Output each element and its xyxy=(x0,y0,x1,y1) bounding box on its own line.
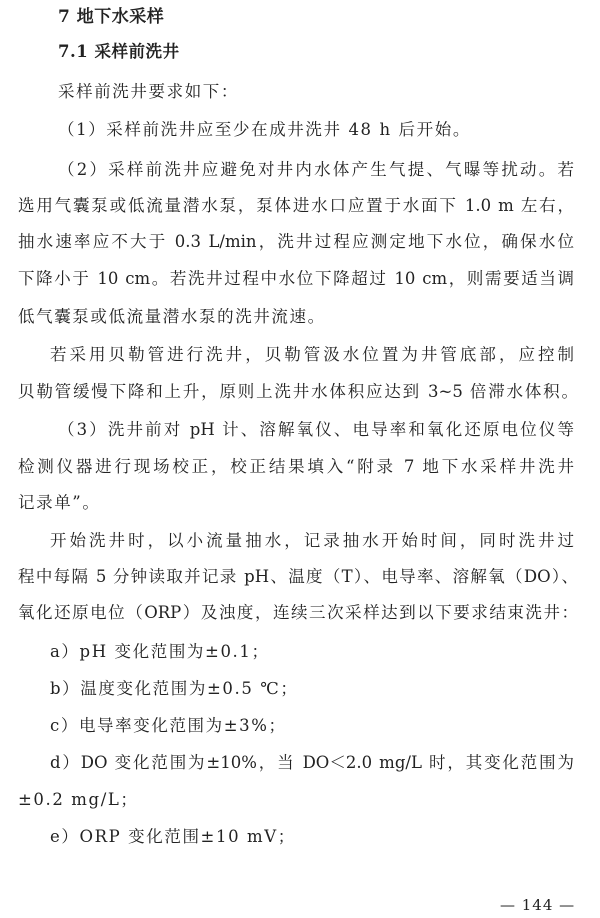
paragraph-line: （1）采样前洗井应至少在成井洗井 48 h 后开始。 xyxy=(58,119,471,141)
paragraph-line: 贝勒管缓慢下降和上升，原则上洗井水体积应达到 3~5 倍滞水体积。 xyxy=(18,381,578,403)
paragraph-line: （3）洗井前对 pH 计、溶解氧仪、电导率和氧化还原电位仪等 xyxy=(58,419,574,441)
criteria-item: b）温度变化范围为±0.5 ℃； xyxy=(50,678,298,700)
paragraph-line: 下降小于 10 cm。若洗井过程中水位下降超过 10 cm，则需要适当调 xyxy=(18,268,574,290)
paragraph-line: 采样前洗井要求如下： xyxy=(58,81,239,103)
criteria-item: c）电导率变化范围为±3%； xyxy=(50,715,287,737)
paragraph-line: 选用气囊泵或低流量潜水泵，泵体进水口应置于水面下 1.0 m 左右， xyxy=(18,195,574,217)
chapter-title: 7 地下水采样 xyxy=(58,6,164,28)
section-title: 7.1 采样前洗井 xyxy=(58,41,179,63)
paragraph-line: 记录单”。 xyxy=(18,492,100,514)
paragraph-line: 低气囊泵或低流量潜水泵的洗井流速。 xyxy=(18,306,326,328)
paragraph-line: （2）采样前洗井应避免对井内水体产生气提、气曝等扰动。若 xyxy=(58,159,574,181)
paragraph-line: 程中每隔 5 分钟读取并记录 pH、温度（T）、电导率、溶解氧（DO）、 xyxy=(18,566,578,588)
criteria-item: ±0.2 mg/L； xyxy=(18,789,139,811)
criteria-item: a）pH 变化范围为±0.1； xyxy=(50,641,270,663)
paragraph-line: 氧化还原电位（ORP）及浊度，连续三次采样达到以下要求结束洗井： xyxy=(18,602,578,624)
page-number: — 144 — xyxy=(500,896,575,914)
paragraph-line: 抽水速率应不大于 0.3 L/min，洗井过程应测定地下水位，确保水位 xyxy=(18,231,574,253)
paragraph-line: 开始洗井时，以小流量抽水，记录抽水开始时间，同时洗井过 xyxy=(50,530,574,552)
paragraph-line: 检测仪器进行现场校正，校正结果填入“附录 7 地下水采样井洗井 xyxy=(18,456,574,478)
criteria-item: d）DO 变化范围为±10%，当 DO＜2.0 mg/L 时，其变化范围为 xyxy=(50,752,574,774)
paragraph-line: 若采用贝勒管进行洗井，贝勒管汲水位置为井管底部，应控制 xyxy=(50,344,574,366)
criteria-item: e）ORP 变化范围±10 mV； xyxy=(50,826,296,848)
